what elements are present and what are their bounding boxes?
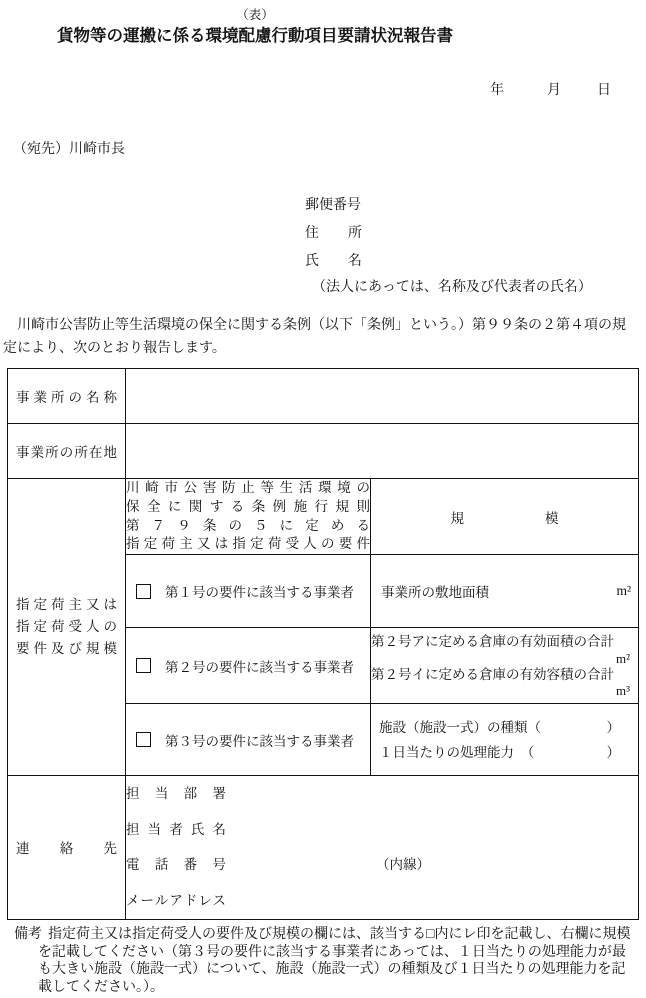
requirement-header-row: 指定荷主又は 指定荷受人の 要件及び規模 川崎市公害防止等生活環境の 保全に関す… bbox=[8, 479, 639, 555]
requirement-2-scale-cell[interactable]: 第２号アに定める倉庫の有効面積の合計 m² 第２号イに定める倉庫の有効容積の合計… bbox=[371, 628, 639, 704]
date-day-label: 日 bbox=[597, 79, 611, 99]
requirement-header-line: 川崎市公害防止等生活環境の bbox=[126, 479, 370, 498]
business-name-label-cell: 事業所の名称 bbox=[8, 369, 126, 424]
contact-label-cell: 連絡先 bbox=[8, 776, 126, 919]
business-name-row: 事業所の名称 bbox=[8, 369, 639, 424]
close-paren: ） bbox=[607, 740, 621, 765]
requirement-3-option-label: 第３号の要件に該当する事業者 bbox=[165, 730, 354, 750]
contact-value-cell[interactable]: 担当部署 担当者氏名 電話番号（内線） メールアドレス bbox=[126, 776, 639, 919]
date-year-label: 年 bbox=[490, 79, 504, 99]
recipient-line: （宛先）川崎市長 bbox=[13, 138, 125, 158]
scale-header-label: 規模 bbox=[451, 507, 559, 527]
address-label: 住所 bbox=[305, 222, 362, 242]
business-name-label: 事業所の名称 bbox=[8, 386, 125, 406]
requirement-3-option-cell: 第３号の要件に該当する事業者 bbox=[126, 704, 371, 776]
requirement-1-option-label: 第１号の要件に該当する事業者 bbox=[165, 581, 354, 601]
requirement-2-option-label: 第２号の要件に該当する事業者 bbox=[165, 656, 354, 676]
requirement-1-scale-cell[interactable]: 事業所の敷地面積 m² bbox=[371, 555, 639, 628]
requirement-1-checkbox[interactable] bbox=[136, 584, 151, 599]
corporation-note: （法人にあっては、名称及び代表者の氏名） bbox=[312, 276, 592, 296]
warehouse-area-label: 第２号アに定める倉庫の有効面積の合計 bbox=[371, 633, 638, 651]
warehouse-volume-label: 第２号イに定める倉庫の有効容積の合計 bbox=[371, 666, 638, 684]
requirement-2-option-cell: 第２号の要件に該当する事業者 bbox=[126, 628, 371, 704]
contact-line-person: 担当者氏名 bbox=[126, 812, 638, 848]
extension-label: （内線） bbox=[376, 857, 430, 872]
requirement-header-line: 第７９条の５に定める bbox=[126, 517, 370, 536]
category-label-line: 指定荷受人の bbox=[8, 616, 125, 638]
sheet-side-label: （表） bbox=[0, 5, 510, 23]
remark-text: 指定荷主又は指定荷受人の要件及び規模の欄には、該当する□内にレ印を記載し、右欄に… bbox=[38, 927, 630, 995]
scale-header-cell: 規模 bbox=[371, 479, 639, 555]
requirement-3-scale-cell[interactable]: 施設（施設一式）の種類（ ） １日当たりの処理能力 （ ） bbox=[371, 704, 639, 776]
business-address-value-cell[interactable] bbox=[126, 424, 639, 479]
business-name-value-cell[interactable] bbox=[126, 369, 639, 424]
category-label-line: 指定荷主又は bbox=[8, 594, 125, 616]
contact-line-department: 担当部署 bbox=[126, 776, 638, 812]
site-area-label: 事業所の敷地面積 bbox=[381, 581, 489, 601]
requirement-header-line: 保全に関する条例施行規則 bbox=[126, 498, 370, 517]
postal-code-label: 郵便番号 bbox=[305, 194, 361, 214]
business-address-label: 事業所の所在地 bbox=[8, 441, 125, 461]
square-meter-unit: m² bbox=[616, 583, 631, 599]
business-address-label-cell: 事業所の所在地 bbox=[8, 424, 126, 479]
cubic-meter-unit: m³ bbox=[371, 683, 638, 698]
category-label-cell: 指定荷主又は 指定荷受人の 要件及び規模 bbox=[8, 479, 126, 776]
contact-line-phone: 電話番号（内線） bbox=[126, 847, 638, 883]
contact-label: 連絡先 bbox=[8, 837, 125, 857]
requirement-1-option-cell: 第１号の要件に該当する事業者 bbox=[126, 555, 371, 628]
daily-capacity-label: １日当たりの処理能力 （ bbox=[379, 740, 534, 765]
contact-line-email: メールアドレス bbox=[126, 883, 638, 919]
contact-row: 連絡先 担当部署 担当者氏名 電話番号（内線） メールアドレス bbox=[8, 776, 639, 919]
category-label-line: 要件及び規模 bbox=[8, 638, 125, 660]
requirement-2-checkbox[interactable] bbox=[136, 658, 151, 673]
name-label: 氏名 bbox=[305, 250, 362, 270]
report-table: 事業所の名称 事業所の所在地 指定荷主又は 指定荷受人の 要件及び規模 川崎市公… bbox=[7, 368, 639, 920]
close-paren: ） bbox=[607, 715, 621, 740]
remark-label: 備考 bbox=[14, 926, 42, 944]
requirement-header-cell: 川崎市公害防止等生活環境の 保全に関する条例施行規則 第７９条の５に定める 指定… bbox=[126, 479, 371, 555]
page-title: 貨物等の運搬に係る環境配慮行動項目要請状況報告書 bbox=[0, 22, 510, 46]
facility-type-label: 施設（施設一式）の種類（ bbox=[379, 715, 541, 740]
square-meter-unit: m² bbox=[371, 651, 638, 666]
remark-note: 備考指定荷主又は指定荷受人の要件及び規模の欄には、該当する□内にレ印を記載し、右… bbox=[38, 926, 636, 996]
requirement-header-line: 指定荷主又は指定荷受人の要件 bbox=[126, 535, 370, 554]
date-month-label: 月 bbox=[547, 79, 561, 99]
form-page: （表） 貨物等の運搬に係る環境配慮行動項目要請状況報告書 年 月 日 （宛先）川… bbox=[0, 0, 646, 998]
requirement-3-checkbox[interactable] bbox=[136, 732, 151, 747]
intro-paragraph: 川崎市公害防止等生活環境の保全に関する条例（以下「条例」という。）第９９条の２第… bbox=[3, 315, 635, 360]
business-address-row: 事業所の所在地 bbox=[8, 424, 639, 479]
